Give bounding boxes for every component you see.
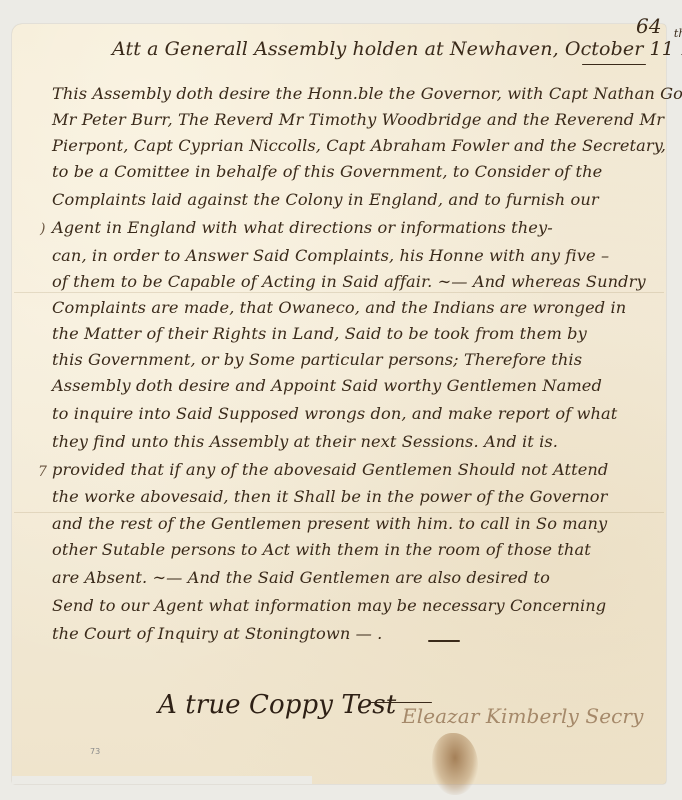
heading-superscript: th (674, 27, 682, 40)
body-line: are Absent. ∼— And the Said Gentlemen ar… (52, 568, 550, 587)
folio-number: 64 (636, 14, 662, 38)
body-line: Assembly doth desire and Appoint Said wo… (52, 376, 602, 395)
closing-flourish (428, 640, 460, 642)
body-line: Pierpont, Capt Cyprian Niccolls, Capt Ab… (52, 136, 666, 155)
body-line: to be a Comittee in behalfe of this Gove… (52, 162, 602, 181)
attestation: A true Coppy Test (158, 690, 396, 720)
body-line: Send to our Agent what information may b… (52, 596, 606, 615)
pencil-page-number: 73 (90, 747, 100, 756)
body-line: of them to be Capable of Acting in Said … (52, 272, 646, 291)
body-line: the Court of Inquiry at Stoningtown — . (52, 624, 382, 643)
margin-mark: 7 (38, 464, 47, 480)
body-line: This Assembly doth desire the Honn.ble t… (52, 84, 682, 103)
body-line: Complaints are made, that Owaneco, and t… (52, 298, 626, 317)
body-line: to inquire into Said Supposed wrongs don… (52, 404, 617, 423)
body-line: they find unto this Assembly at their ne… (52, 432, 558, 451)
body-line: other Sutable persons to Act with them i… (52, 540, 591, 559)
ink-stain (432, 733, 478, 795)
body-line: provided that if any of the abovesaid Ge… (52, 460, 608, 479)
body-line: Mr Peter Burr, The Reverd Mr Timothy Woo… (52, 110, 664, 129)
heading-year: 1705. (674, 38, 682, 60)
body-line: and the rest of the Gentlemen present wi… (52, 514, 607, 533)
body-line: Agent in England with what directions or… (52, 218, 553, 237)
margin-mark: ) (40, 221, 46, 237)
torn-paper-edge (12, 776, 312, 784)
body-line: can, in order to Answer Said Complaints,… (52, 246, 609, 265)
body-line: this Government, or by Some particular p… (52, 350, 582, 369)
document-heading: Att a Generall Assembly holden at Newhav… (112, 38, 682, 60)
fold-crease (14, 292, 664, 293)
body-line: Complaints laid against the Colony in En… (52, 190, 599, 209)
secretary-signature: Eleazar Kimberly Secry (402, 704, 644, 728)
heading-text: Att a Generall Assembly holden at Newhav… (112, 38, 674, 60)
attestation-stroke (370, 702, 432, 703)
body-line: the Matter of their Rights in Land, Said… (52, 324, 587, 343)
fold-crease (14, 512, 664, 513)
body-line: the worke abovesaid, then it Shall be in… (52, 487, 607, 506)
heading-underline (582, 64, 646, 65)
